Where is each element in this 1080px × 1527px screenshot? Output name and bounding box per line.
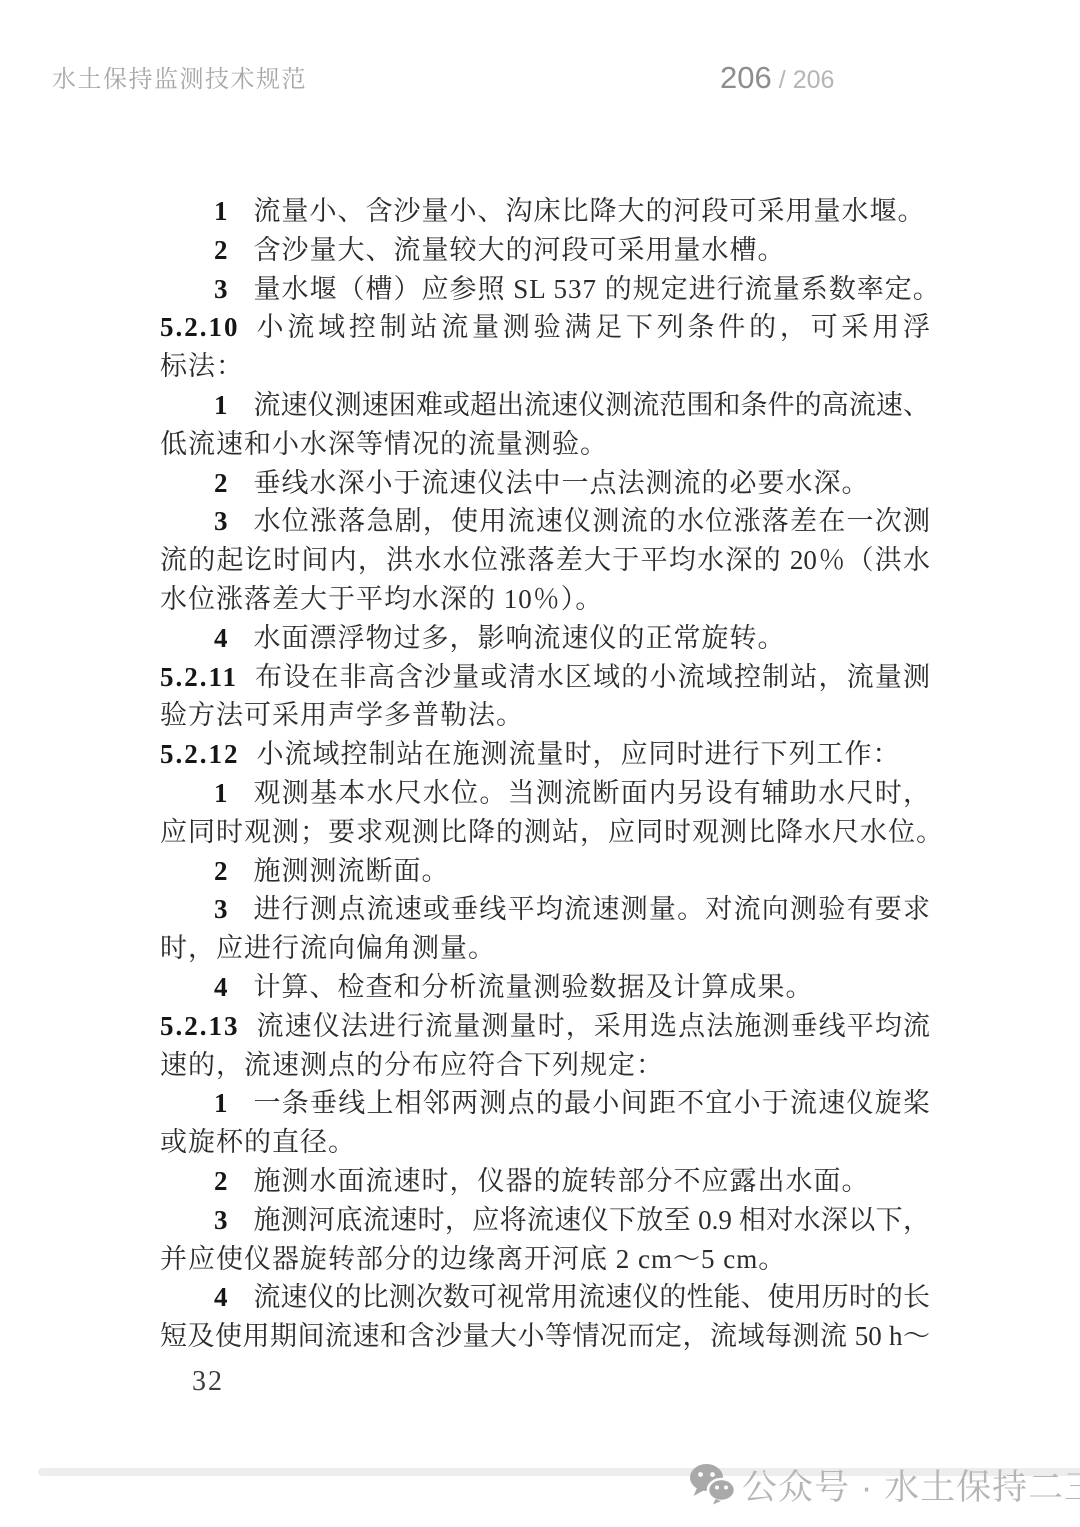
text-line: 5.2.11布设在非高含沙量或清水区域的小流域控制站，流量测 [160,658,930,697]
document-title: 水土保持监测技术规范 [52,64,307,96]
line-text: 小流域控制站流量测验满足下列条件的，可采用浮 [257,308,931,347]
section-number: 5.2.12 [160,735,240,774]
text-line: 或旋杯的直径。 [160,1123,930,1162]
line-text: 水位涨落差大于平均水深的 10％）。 [160,580,930,619]
wechat-icon [688,1463,736,1505]
text-line: 4计算、检查和分析流量测验数据及计算成果。 [160,968,930,1007]
line-text: 水面漂浮物过多，影响流速仪的正常旋转。 [254,619,931,658]
item-number: 1 [214,1084,228,1123]
line-text: 含沙量大、流量较大的河段可采用量水槽。 [254,231,931,270]
text-line: 速的，流速测点的分布应符合下列规定： [160,1046,930,1085]
page-current: 206 [720,60,772,96]
text-line: 1流速仪测速困难或超出流速仪测流范围和条件的高流速、 [160,386,930,425]
item-number: 1 [214,386,228,425]
line-text: 或旋杯的直径。 [160,1123,930,1162]
item-number: 2 [214,1162,228,1201]
text-line: 应同时观测；要求观测比降的测站，应同时观测比降水尺水位。 [160,813,930,852]
text-line: 3施测河底流速时，应将流速仪下放至 0.9 相对水深以下， [160,1201,930,1240]
text-line: 短及使用期间流速和含沙量大小等情况而定，流域每测流 50 h～ [160,1317,930,1356]
text-line: 流的起讫时间内，洪水水位涨落差大于平均水深的 20％（洪水 [160,541,930,580]
text-line: 标法： [160,347,930,386]
line-text: 小流域控制站在施测流量时，应同时进行下列工作： [257,735,931,774]
line-text: 施测河底流速时，应将流速仪下放至 0.9 相对水深以下， [254,1201,931,1240]
line-text: 施测水面流速时，仪器的旋转部分不应露出水面。 [254,1162,931,1201]
text-line: 2施测测流断面。 [160,852,930,891]
line-text: 流速仪法进行流量测量时，采用选点法施测垂线平均流 [257,1007,931,1046]
line-text: 短及使用期间流速和含沙量大小等情况而定，流域每测流 50 h～ [160,1317,930,1356]
document-text: 1流量小、含沙量小、沟床比降大的河段可采用量水堰。2含沙量大、流量较大的河段可采… [160,192,930,1356]
line-text: 时，应进行流向偏角测量。 [160,929,930,968]
item-number: 2 [214,231,228,270]
item-number: 3 [214,270,228,309]
text-line: 4水面漂浮物过多，影响流速仪的正常旋转。 [160,619,930,658]
line-text: 低流速和小水深等情况的流量测验。 [160,425,930,464]
line-text: 流速仪测速困难或超出流速仪测流范围和条件的高流速、 [254,386,931,425]
text-line: 时，应进行流向偏角测量。 [160,929,930,968]
text-line: 5.2.12小流域控制站在施测流量时，应同时进行下列工作： [160,735,930,774]
section-number: 5.2.11 [160,658,238,697]
item-number: 3 [214,890,228,929]
line-text: 一条垂线上相邻两测点的最小间距不宜小于流速仪旋桨 [254,1084,931,1123]
text-line: 1观测基本水尺水位。当测流断面内另设有辅助水尺时， [160,774,930,813]
page-total: 206 [793,66,835,95]
text-line: 3量水堰（槽）应参照 SL 537 的规定进行流量系数率定。 [160,270,930,309]
text-line: 3进行测点流速或垂线平均流速测量。对流向测验有要求 [160,890,930,929]
text-line: 5.2.10小流域控制站流量测验满足下列条件的，可采用浮 [160,308,930,347]
text-line: 2含沙量大、流量较大的河段可采用量水槽。 [160,231,930,270]
item-number: 1 [214,192,228,231]
line-text: 量水堰（槽）应参照 SL 537 的规定进行流量系数率定。 [254,270,931,309]
item-number: 3 [214,1201,228,1240]
line-text: 施测测流断面。 [254,852,931,891]
line-text: 验方法可采用声学多普勒法。 [160,696,930,735]
text-line: 并应使仪器旋转部分的边缘离开河底 2 cm～5 cm。 [160,1240,930,1279]
page-indicator: 206 / 206 [720,60,834,96]
text-line: 1流量小、含沙量小、沟床比降大的河段可采用量水堰。 [160,192,930,231]
line-text: 布设在非高含沙量或清水区域的小流域控制站，流量测 [255,658,930,697]
text-line: 低流速和小水深等情况的流量测验。 [160,425,930,464]
item-number: 1 [214,774,228,813]
item-number: 4 [214,1278,228,1317]
line-text: 速的，流速测点的分布应符合下列规定： [160,1046,930,1085]
line-text: 流的起讫时间内，洪水水位涨落差大于平均水深的 20％（洪水 [160,541,930,580]
page-separator: / [779,66,786,95]
text-line: 2垂线水深小于流速仪法中一点法测流的必要水深。 [160,464,930,503]
line-text: 计算、检查和分析流量测验数据及计算成果。 [254,968,931,1007]
item-number: 4 [214,968,228,1007]
line-text: 水位涨落急剧，使用流速仪测流的水位涨落差在一次测 [254,502,931,541]
line-text: 标法： [160,347,930,386]
text-line: 4流速仪的比测次数可视常用流速仪的性能、使用历时的长 [160,1278,930,1317]
text-line: 2施测水面流速时，仪器的旋转部分不应露出水面。 [160,1162,930,1201]
item-number: 2 [214,464,228,503]
line-text: 观测基本水尺水位。当测流断面内另设有辅助水尺时， [254,774,931,813]
text-line: 3水位涨落急剧，使用流速仪测流的水位涨落差在一次测 [160,502,930,541]
watermark-text: 公众号 · 水土保持二三 [742,1468,1080,1508]
section-number: 5.2.13 [160,1007,240,1046]
text-line: 水位涨落差大于平均水深的 10％）。 [160,580,930,619]
text-line: 5.2.13流速仪法进行流量测量时，采用选点法施测垂线平均流 [160,1007,930,1046]
line-text: 应同时观测；要求观测比降的测站，应同时观测比降水尺水位。 [160,813,930,852]
section-number: 5.2.10 [160,308,240,347]
item-number: 3 [214,502,228,541]
line-text: 流量小、含沙量小、沟床比降大的河段可采用量水堰。 [254,192,931,231]
line-text: 进行测点流速或垂线平均流速测量。对流向测验有要求 [254,890,931,929]
text-line: 验方法可采用声学多普勒法。 [160,696,930,735]
page-number: 32 [192,1366,224,1398]
item-number: 4 [214,619,228,658]
text-line: 1一条垂线上相邻两测点的最小间距不宜小于流速仪旋桨 [160,1084,930,1123]
line-text: 并应使仪器旋转部分的边缘离开河底 2 cm～5 cm。 [160,1240,930,1279]
line-text: 流速仪的比测次数可视常用流速仪的性能、使用历时的长 [254,1278,931,1317]
line-text: 垂线水深小于流速仪法中一点法测流的必要水深。 [254,464,931,503]
item-number: 2 [214,852,228,891]
